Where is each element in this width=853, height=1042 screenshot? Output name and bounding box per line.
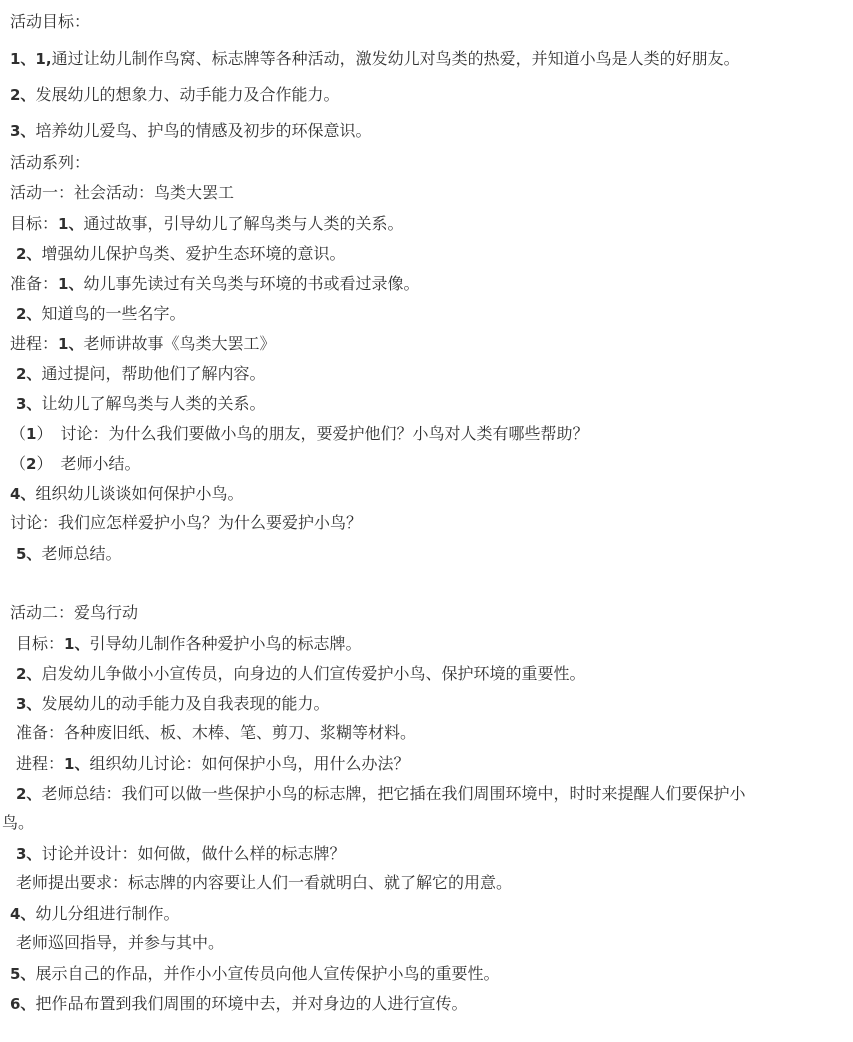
document-line: 老师巡回指导，并参与其中。 — [10, 929, 845, 959]
line-text: 让幼儿了解鸟类与人类的关系。 — [41, 396, 265, 413]
line-text: 通过提问，帮助他们了解内容。 — [41, 366, 265, 383]
list-number: 2、 — [10, 86, 35, 104]
document-line: 3、让幼儿了解鸟类与人类的关系。 — [10, 389, 845, 419]
line-text: 老师提出要求：标志牌的内容要让人们一看就明白、就了解它的用意。 — [16, 875, 512, 892]
document-line: 准备：各种废旧纸、板、木棒、笔、剪刀、浆糊等材料。 — [10, 719, 845, 749]
document-line: 5、展示自己的作品，并作小小宣传员向他人宣传保护小鸟的重要性。 — [10, 959, 845, 989]
document-line: 3、培养幼儿爱鸟、护鸟的情感及初步的环保意识。 — [10, 113, 845, 149]
document-line: 准备：1、幼儿事先读过有关鸟类与环境的书或看过录像。 — [10, 269, 845, 299]
line-text: 启发幼儿争做小小宣传员，向身边的人们宣传爱护小鸟、保护环境的重要性。 — [41, 666, 585, 683]
line-text: 老师总结：我们可以做一些保护小鸟的标志牌，把它插在我们周围环境中，时时来提醒人们… — [41, 786, 745, 803]
document-line: （1） 讨论：为什么我们要做小鸟的朋友，要爱护他们？小鸟对人类有哪些帮助？ — [10, 419, 845, 449]
document-blank-line — [10, 569, 845, 599]
line-text: 通过故事，引导幼儿了解鸟类与人类的关系。 — [83, 216, 403, 233]
line-text: 活动系列： — [10, 155, 90, 172]
document-page: 活动目标：1、1,通过让幼儿制作鸟窝、标志牌等各种活动，激发幼儿对鸟类的热爱，并… — [0, 0, 853, 1019]
document-line: 3、发展幼儿的动手能力及自我表现的能力。 — [10, 689, 845, 719]
line-text: 发展幼儿的想象力、动手能力及合作能力。 — [35, 87, 339, 104]
document-line: 进程：1、老师讲故事《鸟类大罢工》 — [10, 329, 845, 359]
line-text: 进程： — [10, 336, 58, 353]
line-text: ） 讨论：为什么我们要做小鸟的朋友，要爱护他们？小鸟对人类有哪些帮助？ — [36, 426, 588, 443]
document-line: 活动目标： — [10, 5, 845, 41]
line-text: 把作品布置到我们周围的环境中去，并对身边的人进行宣传。 — [35, 996, 467, 1013]
line-text: 目标： — [10, 216, 58, 233]
line-text: 活动一：社会活动：鸟类大罢工 — [10, 185, 234, 202]
line-text: 准备： — [10, 276, 58, 293]
line-text: 发展幼儿的动手能力及自我表现的能力。 — [41, 696, 329, 713]
document-line: 2、老师总结：我们可以做一些保护小鸟的标志牌，把它插在我们周围环境中，时时来提醒… — [10, 779, 845, 809]
document-line: 老师提出要求：标志牌的内容要让人们一看就明白、就了解它的用意。 — [10, 869, 845, 899]
document-line: 2、通过提问，帮助他们了解内容。 — [10, 359, 845, 389]
document-line: 目标：1、通过故事，引导幼儿了解鸟类与人类的关系。 — [10, 209, 845, 239]
line-text: 准备：各种废旧纸、板、木棒、笔、剪刀、浆糊等材料。 — [16, 725, 416, 742]
document-line: 活动系列： — [10, 149, 845, 179]
list-number: 2、 — [16, 785, 41, 803]
line-text: 目标： — [16, 636, 64, 653]
document-line: 鸟。 — [2, 809, 845, 839]
line-text: （ — [10, 426, 26, 443]
document-line: 进程：1、组织幼儿讨论：如何保护小鸟，用什么办法？ — [10, 749, 845, 779]
document-line: 4、幼儿分组进行制作。 — [10, 899, 845, 929]
list-number: 3、 — [10, 122, 35, 140]
list-number: 2、 — [16, 305, 41, 323]
list-number: 3、 — [16, 695, 41, 713]
document-line: （2） 老师小结。 — [10, 449, 845, 479]
line-text: 组织幼儿讨论：如何保护小鸟，用什么办法？ — [89, 756, 409, 773]
line-text: ） 老师小结。 — [36, 456, 140, 473]
line-text: 引导幼儿制作各种爱护小鸟的标志牌。 — [89, 636, 361, 653]
document-line: 6、把作品布置到我们周围的环境中去，并对身边的人进行宣传。 — [10, 989, 845, 1019]
list-number: 1、 — [58, 275, 83, 293]
document-line: 5、老师总结。 — [10, 539, 845, 569]
document-line: 4、组织幼儿谈谈如何保护小鸟。 — [10, 479, 845, 509]
document-line: 2、启发幼儿争做小小宣传员，向身边的人们宣传爱护小鸟、保护环境的重要性。 — [10, 659, 845, 689]
list-number: 1、 — [64, 635, 89, 653]
line-text: 培养幼儿爱鸟、护鸟的情感及初步的环保意识。 — [35, 123, 371, 140]
document-line: 2、增强幼儿保护鸟类、爱护生态环境的意识。 — [10, 239, 845, 269]
list-number: 1 — [26, 425, 36, 443]
list-number: 1、 — [58, 335, 83, 353]
line-text: （ — [10, 456, 26, 473]
line-text: 展示自己的作品，并作小小宣传员向他人宣传保护小鸟的重要性。 — [35, 966, 499, 983]
line-text: 增强幼儿保护鸟类、爱护生态环境的意识。 — [41, 246, 345, 263]
list-number: 2、 — [16, 665, 41, 683]
list-number: 2、 — [16, 365, 41, 383]
line-text: 知道鸟的一些名字。 — [41, 306, 185, 323]
line-text: 鸟。 — [2, 815, 34, 832]
document-line: 3、讨论并设计：如何做，做什么样的标志牌？ — [10, 839, 845, 869]
list-number: 2、 — [16, 245, 41, 263]
list-number: 4、 — [10, 905, 35, 923]
list-number: 1、 — [64, 755, 89, 773]
list-number: 2 — [26, 455, 36, 473]
line-text: 老师讲故事《鸟类大罢工》 — [83, 336, 275, 353]
line-text: 幼儿分组进行制作。 — [35, 906, 179, 923]
document-line: 目标：1、引导幼儿制作各种爱护小鸟的标志牌。 — [10, 629, 845, 659]
line-text: 讨论并设计：如何做，做什么样的标志牌？ — [41, 846, 345, 863]
line-text: 组织幼儿谈谈如何保护小鸟。 — [35, 486, 243, 503]
list-number: 6、 — [10, 995, 35, 1013]
document-line: 活动二：爱鸟行动 — [10, 599, 845, 629]
line-text: 老师总结。 — [41, 546, 121, 563]
line-text: 活动二：爱鸟行动 — [10, 605, 138, 622]
document-line: 讨论：我们应怎样爱护小鸟？为什么要爱护小鸟？ — [10, 509, 845, 539]
line-text: 通过让幼儿制作鸟窝、标志牌等各种活动，激发幼儿对鸟类的热爱，并知道小鸟是人类的好… — [52, 51, 740, 68]
list-number: 3、 — [16, 395, 41, 413]
document-line: 1、1,通过让幼儿制作鸟窝、标志牌等各种活动，激发幼儿对鸟类的热爱，并知道小鸟是… — [10, 41, 845, 77]
line-text: 活动目标： — [10, 14, 90, 31]
line-text: 老师巡回指导，并参与其中。 — [16, 935, 224, 952]
list-number: 1、 — [58, 215, 83, 233]
line-text: 进程： — [16, 756, 64, 773]
document-body: 活动目标：1、1,通过让幼儿制作鸟窝、标志牌等各种活动，激发幼儿对鸟类的热爱，并… — [0, 0, 853, 1019]
list-number: 5、 — [10, 965, 35, 983]
list-number: 4、 — [10, 485, 35, 503]
list-number: 1、1, — [10, 50, 52, 68]
line-text: 幼儿事先读过有关鸟类与环境的书或看过录像。 — [83, 276, 419, 293]
document-line: 2、知道鸟的一些名字。 — [10, 299, 845, 329]
document-line: 2、发展幼儿的想象力、动手能力及合作能力。 — [10, 77, 845, 113]
line-text: 讨论：我们应怎样爱护小鸟？为什么要爱护小鸟？ — [10, 515, 362, 532]
document-line: 活动一：社会活动：鸟类大罢工 — [10, 179, 845, 209]
list-number: 5、 — [16, 545, 41, 563]
list-number: 3、 — [16, 845, 41, 863]
